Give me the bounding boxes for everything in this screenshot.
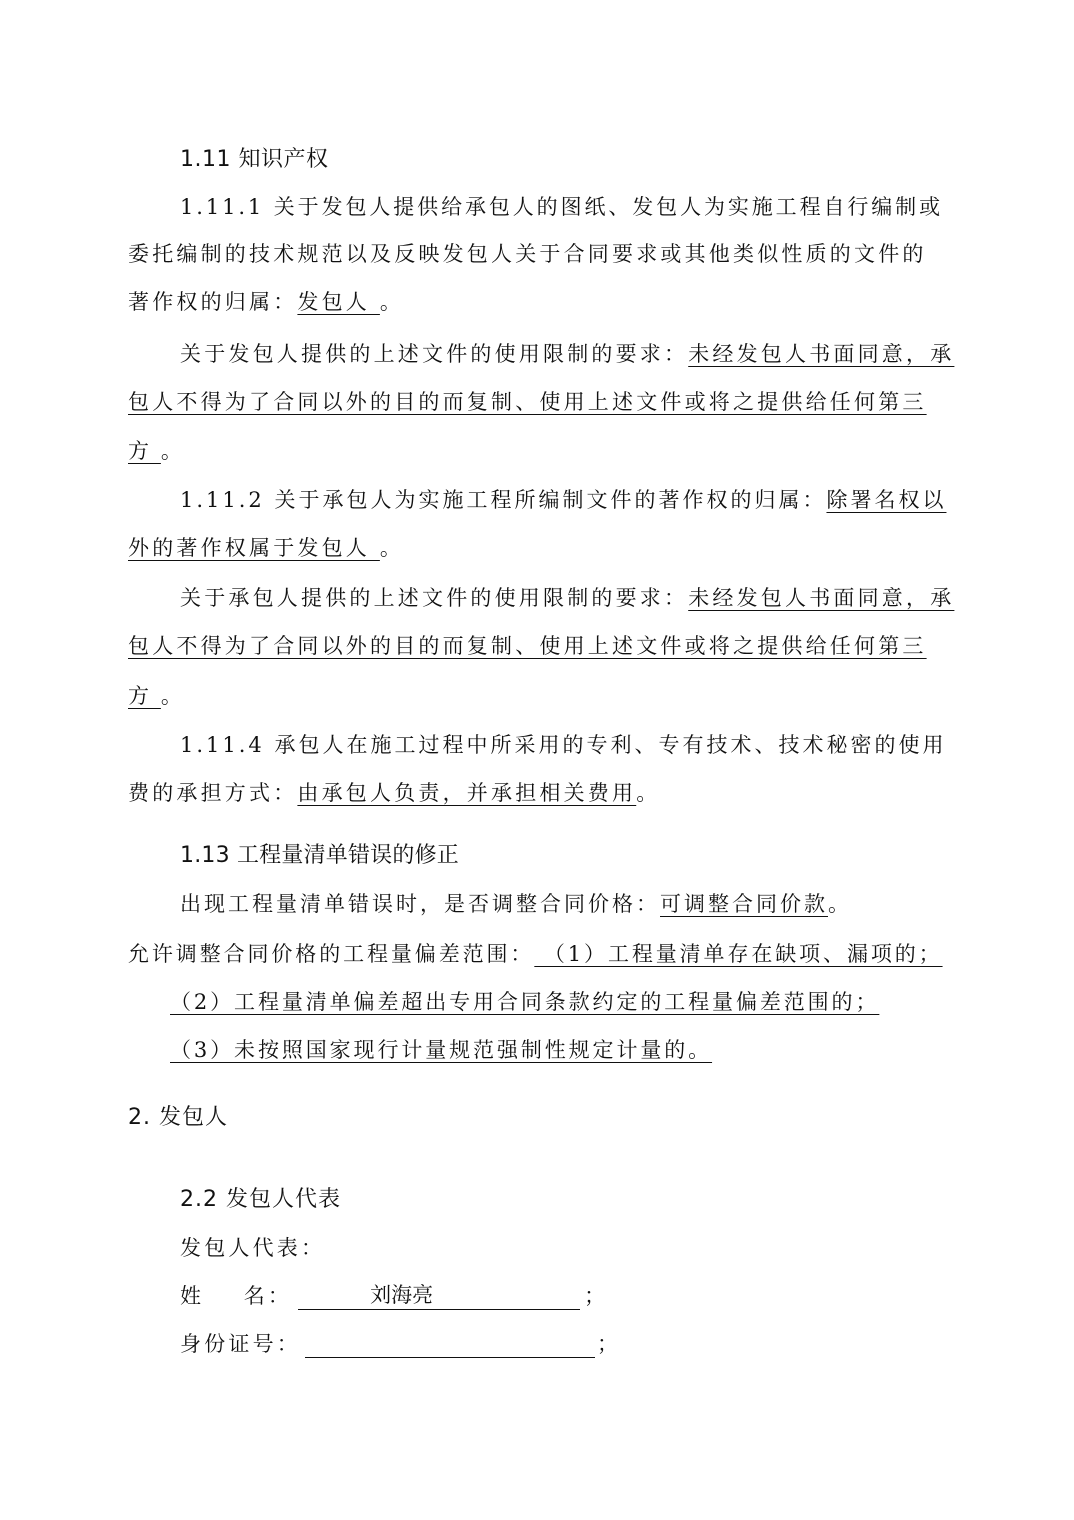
restrict-value: 未经发包人书面同意，承 [688,586,954,610]
rep-name-label: 姓 名： [180,1284,292,1308]
deviation-item-1: （1）工程量清单存在缺项、漏项的； [534,942,942,966]
period: 。 [161,684,185,708]
price-adjust-line: 出现工程量清单错误时，是否调整合同价格：可调整合同价款。 [180,890,852,918]
section-heading-1-13: 1.13 工程量清单错误的修正 [180,842,459,870]
copyright-owner-value: 发包人 [297,290,379,314]
period: 。 [636,781,660,805]
rep-name-field: 刘海亮 [298,1285,580,1310]
rep-name-row: 姓 名：刘海亮； [180,1282,608,1310]
section-heading-2: 2. 发包人 [128,1104,228,1132]
clause-1-11-4-line-1: 1.11.4 承包人在施工过程中所采用的专利、专有技术、技术秘密的使用 [180,731,946,759]
clause-1-11-1-line-2: 委托编制的技术规范以及反映发包人关于合同要求或其他类似性质的文件的 [128,240,927,268]
clause-1-11-1-line-1: 1.11.1 关于发包人提供给承包人的图纸、发包人为实施工程自行编制或 [180,193,943,221]
fee-label: 费的承担方式： [128,781,297,805]
clause-1-11-2-value-cont: 外的著作权属于发包人 [128,536,380,560]
restrict-value-end: 方 [128,684,161,708]
clause-1-11-1-line-3: 著作权的归属：发包人 。 [128,288,404,316]
clause-1-11-1-restrict-line-1: 关于发包人提供的上述文件的使用限制的要求：未经发包人书面同意，承 [180,340,954,368]
deviation-item-2: （2）工程量清单偏差超出专用合同条款约定的工程量偏差范围的； [170,988,879,1016]
price-adjust-value: 可调整合同价款 [660,892,828,916]
restrict-label: 关于发包人提供的上述文件的使用限制的要求： [180,342,688,366]
semicolon: ； [597,1332,621,1356]
clause-1-11-2-restrict-line-2: 包人不得为了合同以外的目的而复制、使用上述文件或将之提供给任何第三 [128,632,927,660]
clause-1-11-4-line-2: 费的承担方式：由承包人负责，并承担相关费用。 [128,779,660,807]
deviation-range-line-1: 允许调整合同价格的工程量偏差范围： （1）工程量清单存在缺项、漏项的； [128,940,943,968]
semicolon: ； [584,1284,608,1308]
price-adjust-label: 出现工程量清单错误时，是否调整合同价格： [180,892,660,916]
period: 。 [828,892,852,916]
clause-1-11-2-label: 1.11.2 关于承包人为实施工程所编制文件的著作权的归属： [180,488,826,512]
clause-1-11-1-restrict-line-2: 包人不得为了合同以外的目的而复制、使用上述文件或将之提供给任何第三 [128,388,927,416]
clause-1-11-2-line-1: 1.11.2 关于承包人为实施工程所编制文件的著作权的归属：除署名权以 [180,486,946,514]
clause-1-11-2-restrict-line-1: 关于承包人提供的上述文件的使用限制的要求：未经发包人书面同意，承 [180,584,954,612]
copyright-label: 著作权的归属： [128,290,297,314]
period: 。 [380,290,404,314]
period: 。 [161,439,185,463]
section-heading-1-11: 1.11 知识产权 [180,146,328,174]
deviation-item-3: （3）未按照国家现行计量规范强制性规定计量的。 [170,1036,712,1064]
rep-id-row: 身份证号：； [180,1330,621,1358]
clause-1-11-1-restrict-line-3: 方 。 [128,437,185,465]
rep-id-field [305,1333,595,1358]
fee-value: 由承包人负责，并承担相关费用 [297,781,636,805]
period: 。 [380,536,404,560]
section-heading-2-2: 2.2 发包人代表 [180,1186,341,1214]
restrict-value: 未经发包人书面同意，承 [688,342,954,366]
clause-1-11-2-restrict-line-3: 方 。 [128,682,185,710]
clause-1-11-2-value: 除署名权以 [826,488,946,512]
deviation-range-label: 允许调整合同价格的工程量偏差范围： [128,942,534,966]
rep-id-label: 身份证号： [180,1332,301,1356]
employer-rep-label: 发包人代表： [180,1234,325,1262]
rep-name-value: 刘海亮 [370,1281,433,1309]
clause-1-11-2-line-2: 外的著作权属于发包人 。 [128,534,404,562]
restrict-label: 关于承包人提供的上述文件的使用限制的要求： [180,586,688,610]
restrict-value-end: 方 [128,439,161,463]
